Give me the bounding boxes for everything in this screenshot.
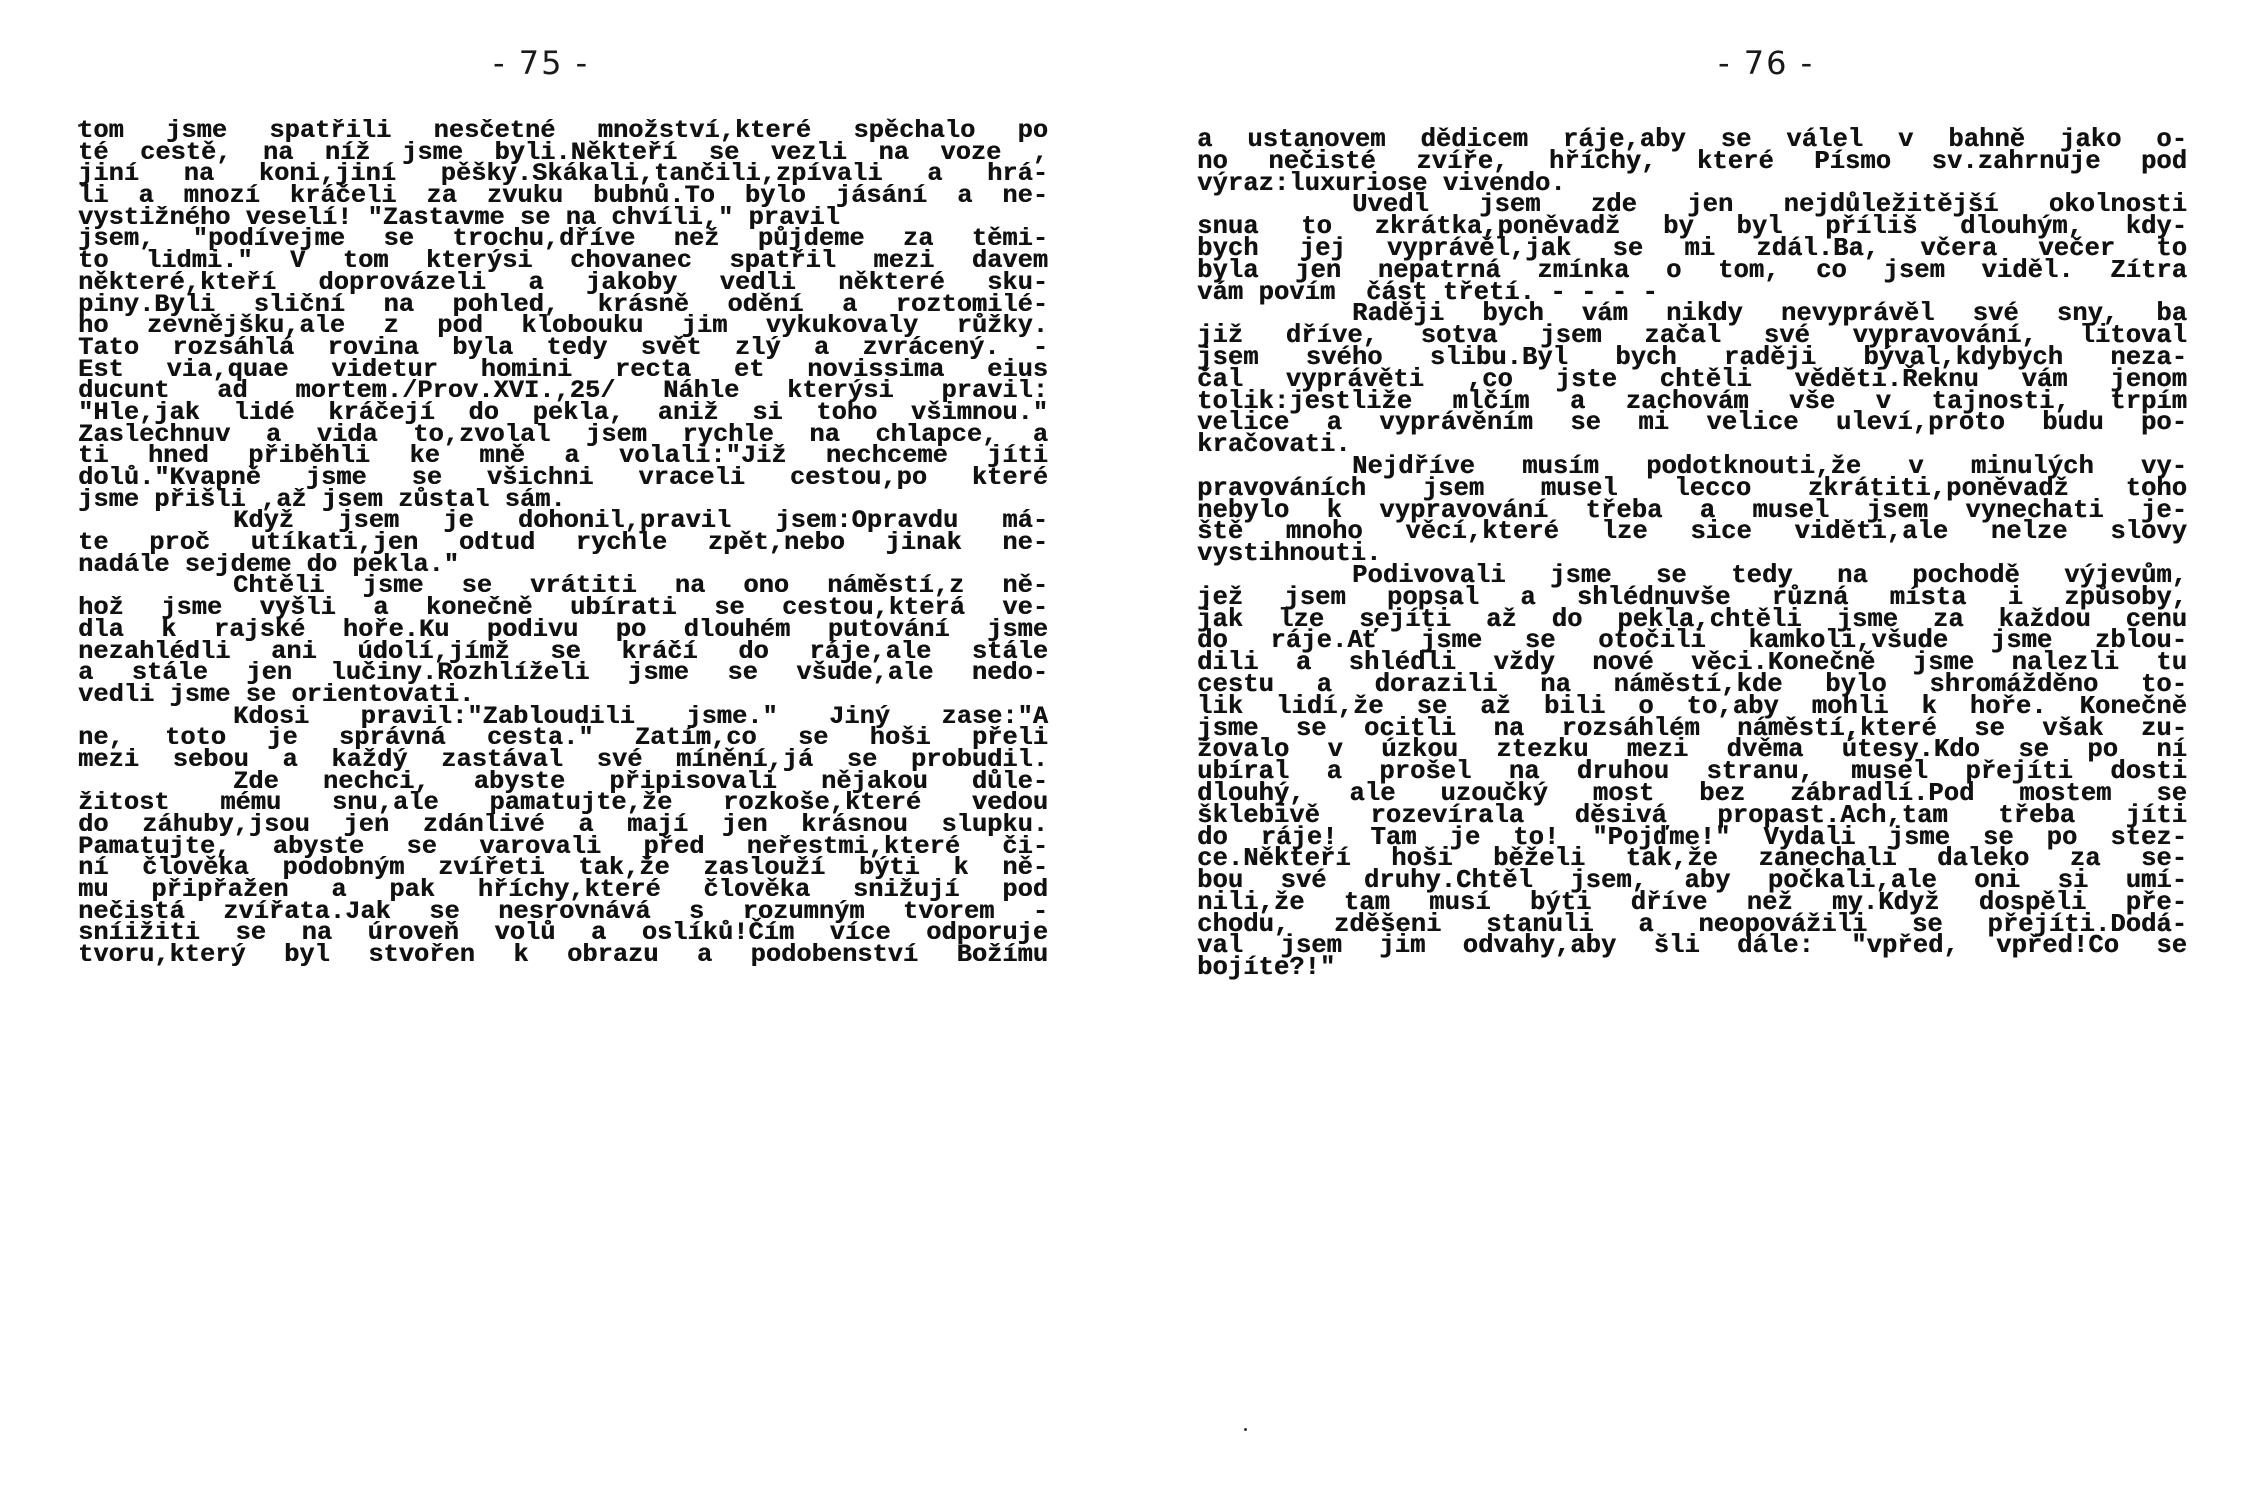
right-page: - 76 - a ustanovem dědicem ráje,aby se v… [1130,0,2260,1500]
text-line: bojíte?!" [1197,957,2187,979]
page-number: - 76 - [1718,44,1814,82]
page-number: - 75 - [493,44,589,82]
text-line: val jsem jim odvahy,aby šli dále: "vpřed… [1197,935,2187,957]
page-body-text: tom jsme spatřili nesčetné množství,kter… [78,120,1048,966]
scan-speck [78,124,81,127]
left-page: - 75 - tom jsme spatřili nesčetné množst… [0,0,1120,1500]
page-body-text: a ustanovem dědicem ráje,aby se válel v … [1197,129,2187,979]
scan-speck [1244,1428,1247,1431]
text-line: tvoru,který byl stvořen k obrazu a podob… [78,944,1048,966]
